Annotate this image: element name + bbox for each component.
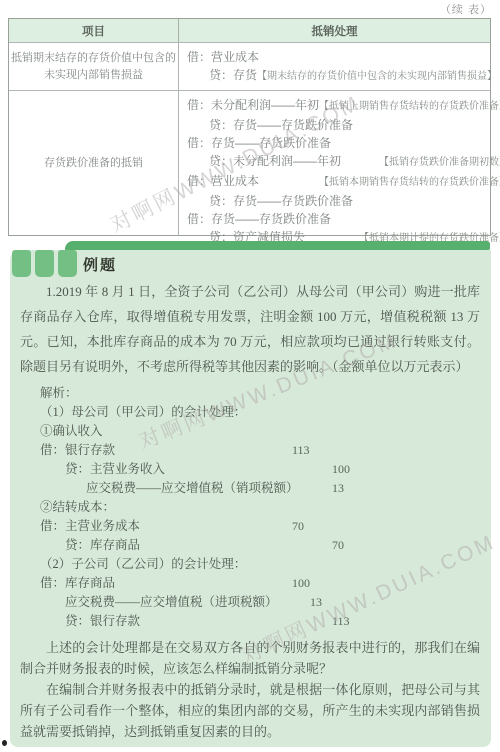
closing-paragraph-2: 在编制合并财务报表中的抵销分录时，就是根据一体化原则，把母公司与其所有子公司看作…	[20, 679, 480, 742]
example-intro-paragraph: 1.2019 年 8 月 1 日，全资子公司（乙公司）从母公司（甲公司）购进一批…	[20, 279, 480, 379]
entry-text: 贷：未分配利润——年初	[209, 152, 341, 170]
entry-amount: 113	[292, 441, 310, 460]
column-header-item: 项目	[9, 19, 179, 42]
solution-line: 借：库存商品100	[40, 574, 480, 593]
journal-entry-line: 贷：存货【期末结存的存货价值中包含的未实现内部销售损益】	[187, 66, 497, 86]
entry-text: 贷：存货	[209, 66, 257, 84]
solution-text: 贷：库存商品	[65, 538, 140, 552]
solution-text: 贷：主营业务收入	[65, 462, 165, 476]
entry-annotation: 【抵销存货跌价准备期初数】	[379, 154, 500, 172]
solution-text: 贷：银行存款	[65, 614, 140, 628]
journal-entry-line: 借：营业成本	[187, 48, 497, 66]
entry-text: 借：未分配利润——年初	[187, 96, 319, 114]
entry-text: 借：存货——存货跌价准备	[187, 134, 331, 152]
solution-text: 借：主营业务成本	[40, 519, 140, 533]
entry-annotation: 【抵销本期销售存货结转的存货跌价准备】	[319, 174, 500, 192]
entry-text: 贷：存货——存货跌价准备	[209, 192, 353, 210]
item-cell: 存货跌价准备的抵销	[9, 91, 179, 235]
solution-line: 解析：	[40, 384, 480, 403]
solution-line: 借：主营业务成本70	[40, 517, 480, 536]
solution-line: ②结转成本：	[40, 498, 480, 517]
solution-text: ②结转成本：	[40, 500, 115, 514]
journal-entry-line: 借：存货——存货跌价准备	[187, 134, 500, 152]
solution-line: 贷：库存商品70	[40, 536, 480, 555]
example-content: 1.2019 年 8 月 1 日，全资子公司（乙公司）从母公司（甲公司）购进一批…	[20, 279, 480, 742]
entry-annotation: 【抵销上期销售存货结转的存货跌价准备】	[319, 98, 500, 116]
solution-text: 解析：	[40, 386, 78, 400]
treatment-cell: 借：营业成本贷：存货【期末结存的存货价值中包含的未实现内部销售损益】	[179, 43, 500, 90]
entry-amount: 70	[292, 517, 304, 536]
solution-line: 贷：银行存款113	[40, 612, 480, 631]
solution-line: （1）母公司（甲公司）的会计处理：	[40, 403, 480, 422]
entry-text: 借：营业成本	[187, 48, 259, 66]
table-row: 抵销期末结存的存货价值中包含的未实现内部销售损益借：营业成本贷：存货【期末结存的…	[9, 42, 490, 90]
solution-text: （1）母公司（甲公司）的会计处理：	[40, 405, 246, 419]
textbook-page: （续 表） 项目 抵销处理 抵销期末结存的存货价值中包含的未实现内部销售损益借：…	[0, 0, 500, 752]
green-tab-decoration	[35, 250, 54, 277]
column-header-treatment: 抵销处理	[179, 19, 490, 42]
table-row: 存货跌价准备的抵销借：未分配利润——年初【抵销上期销售存货结转的存货跌价准备】贷…	[9, 90, 490, 235]
journal-entry-line: 贷：存货——存货跌价准备	[187, 116, 500, 134]
treatment-cell: 借：未分配利润——年初【抵销上期销售存货结转的存货跌价准备】贷：存货——存货跌价…	[179, 91, 500, 235]
entry-amount: 100	[332, 460, 350, 479]
example-box: 例题 1.2019 年 8 月 1 日，全资子公司（乙公司）从母公司（甲公司）购…	[10, 241, 491, 747]
continued-table-label: （续 表）	[440, 1, 492, 17]
entry-text: 贷：存货——存货跌价准备	[209, 116, 353, 134]
entry-amount: 13	[332, 479, 344, 498]
solution-line: ①确认收入	[40, 422, 480, 441]
item-line: 未实现内部销售损益	[44, 67, 143, 84]
item-line: 存货跌价准备的抵销	[44, 155, 143, 172]
entry-amount: 100	[292, 574, 310, 593]
example-topbar-decoration	[65, 241, 490, 250]
item-cell: 抵销期末结存的存货价值中包含的未实现内部销售损益	[9, 43, 179, 90]
solution-line: 应交税费——应交增值税（进项税额）13	[40, 593, 480, 612]
solution-line: 贷：主营业务收入100	[40, 460, 480, 479]
solution-text: 借：库存商品	[40, 576, 115, 590]
solution-line: 应交税费——应交增值税（销项税额）13	[40, 479, 480, 498]
stray-ink-dot	[2, 740, 7, 746]
journal-entry-line: 借：未分配利润——年初【抵销上期销售存货结转的存货跌价准备】	[187, 96, 500, 116]
item-line: 抵销期末结存的存货价值中包含的	[11, 50, 176, 67]
entry-amount: 13	[310, 593, 322, 612]
example-title: 例题	[83, 254, 117, 275]
elimination-table: 项目 抵销处理 抵销期末结存的存货价值中包含的未实现内部销售损益借：营业成本贷：…	[8, 18, 491, 236]
entry-amount: 70	[332, 536, 344, 555]
solution-text: 应交税费——应交增值税（进项税额）	[65, 595, 278, 609]
journal-entry-line: 贷：未分配利润——年初【抵销存货跌价准备期初数】	[187, 152, 500, 172]
journal-entry-line: 借：存货——存货跌价准备	[187, 210, 500, 228]
solution-text: 应交税费——应交增值税（销项税额）	[86, 481, 299, 495]
solution-block: 解析：（1）母公司（甲公司）的会计处理：①确认收入借：银行存款113贷：主营业务…	[40, 384, 480, 631]
journal-entry-line: 借：营业成本【抵销本期销售存货结转的存货跌价准备】	[187, 172, 500, 192]
entry-amount: 113	[332, 612, 350, 631]
solution-text: ①确认收入	[40, 424, 103, 438]
solution-line: 借：银行存款113	[40, 441, 480, 460]
journal-entry-line: 贷：存货——存货跌价准备	[187, 192, 500, 210]
entry-annotation: 【期末结存的存货价值中包含的未实现内部销售损益】	[257, 68, 497, 86]
solution-text: 借：银行存款	[40, 443, 115, 457]
green-tab-decoration	[12, 250, 31, 277]
table-body: 抵销期末结存的存货价值中包含的未实现内部销售损益借：营业成本贷：存货【期末结存的…	[9, 42, 490, 235]
solution-line: （2）子公司（乙公司）的会计处理：	[40, 555, 480, 574]
table-header-row: 项目 抵销处理	[9, 19, 490, 42]
entry-text: 借：营业成本	[187, 172, 259, 190]
solution-text: （2）子公司（乙公司）的会计处理：	[40, 557, 246, 571]
closing-paragraph-1: 上述的会计处理都是在交易双方各自的个别财务报表中进行的，那我们在编制合并财务报表…	[20, 637, 480, 679]
entry-text: 借：存货——存货跌价准备	[187, 210, 331, 228]
green-tab-decoration	[58, 250, 77, 277]
